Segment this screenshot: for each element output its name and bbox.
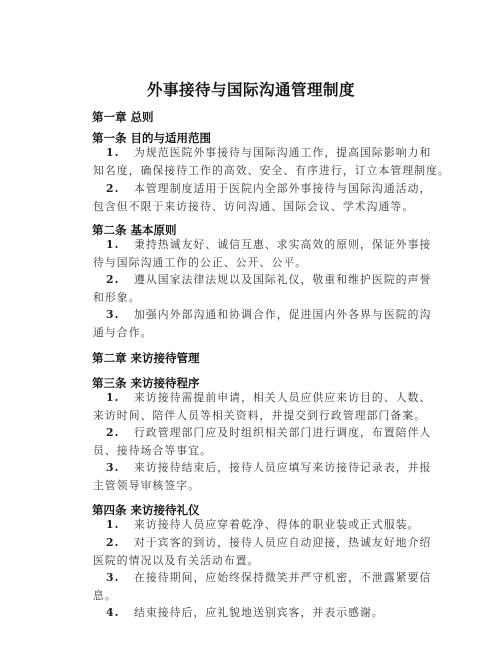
item-number: 4. xyxy=(106,604,134,622)
item-number: 2. xyxy=(106,534,134,552)
paragraph: 2.行政管理部门应及时组织相关部门进行调度，布置陪伴人 员、接待场合等事宜。 xyxy=(93,424,423,459)
paragraph: 3.在接待期间，应始终保持微笑并严守机密，不泄露紧要信 息。 xyxy=(93,569,423,604)
item-number: 1. xyxy=(106,236,134,254)
document-page: 外事接待与国际沟通管理制度 第一章 总则 第一条 目的与适用范围 1.为规范医院… xyxy=(0,0,502,649)
item-number: 1. xyxy=(106,144,134,162)
paragraph: 2.对于宾客的到访，接待人员应自动迎接，热诚友好地介绍 医院的情况以及有关活动布… xyxy=(93,534,423,569)
paragraph: 1.来访接待需提前申请，相关人员应供应来访目的、人数、 来访时间、陪伴人员等相关… xyxy=(93,389,423,424)
paragraph: 2.本管理制度适用于医院内全部外事接待与国际沟通活动， 包含但不限于来访接待、访… xyxy=(93,180,423,215)
document-title: 外事接待与国际沟通管理制度 xyxy=(0,78,502,100)
item-number: 1. xyxy=(106,389,134,407)
paragraph: 1.为规范医院外事接待与国际沟通工作，提高国际影响力和 知名度，确保接待工作的高… xyxy=(93,144,423,179)
item-number: 2. xyxy=(106,271,134,289)
paragraph: 3.加强内外部沟通和协调合作，促进国内外各界与医院的沟 通与合作。 xyxy=(93,306,423,341)
item-number: 3. xyxy=(106,459,134,477)
item-number: 3. xyxy=(106,306,134,324)
paragraph: 3.来访接待结束后，接待人员应填写来访接待记录表，并报 主管领导审核签字。 xyxy=(93,459,423,494)
item-number: 3. xyxy=(106,569,134,587)
item-number: 1. xyxy=(106,516,134,534)
chapter-heading: 第二章 来访接待管理 xyxy=(92,350,200,366)
item-number: 2. xyxy=(106,424,134,442)
item-number: 2. xyxy=(106,180,134,198)
paragraph: 2.遵从国家法律法规以及国际礼仪，敬重和维护医院的声誉 和形象。 xyxy=(93,271,423,306)
paragraph: 1.来访接待人员应穿着乾净、得体的职业装或正式服装。 xyxy=(93,516,423,534)
paragraph: 1.秉持热诚友好、诚信互惠、求实高效的原则，保证外事接 待与国际沟通工作的公正、… xyxy=(93,236,423,271)
chapter-heading: 第一章 总则 xyxy=(92,109,154,125)
paragraph: 4.结束接待后，应礼貌地送别宾客，并表示感谢。 xyxy=(93,604,423,622)
